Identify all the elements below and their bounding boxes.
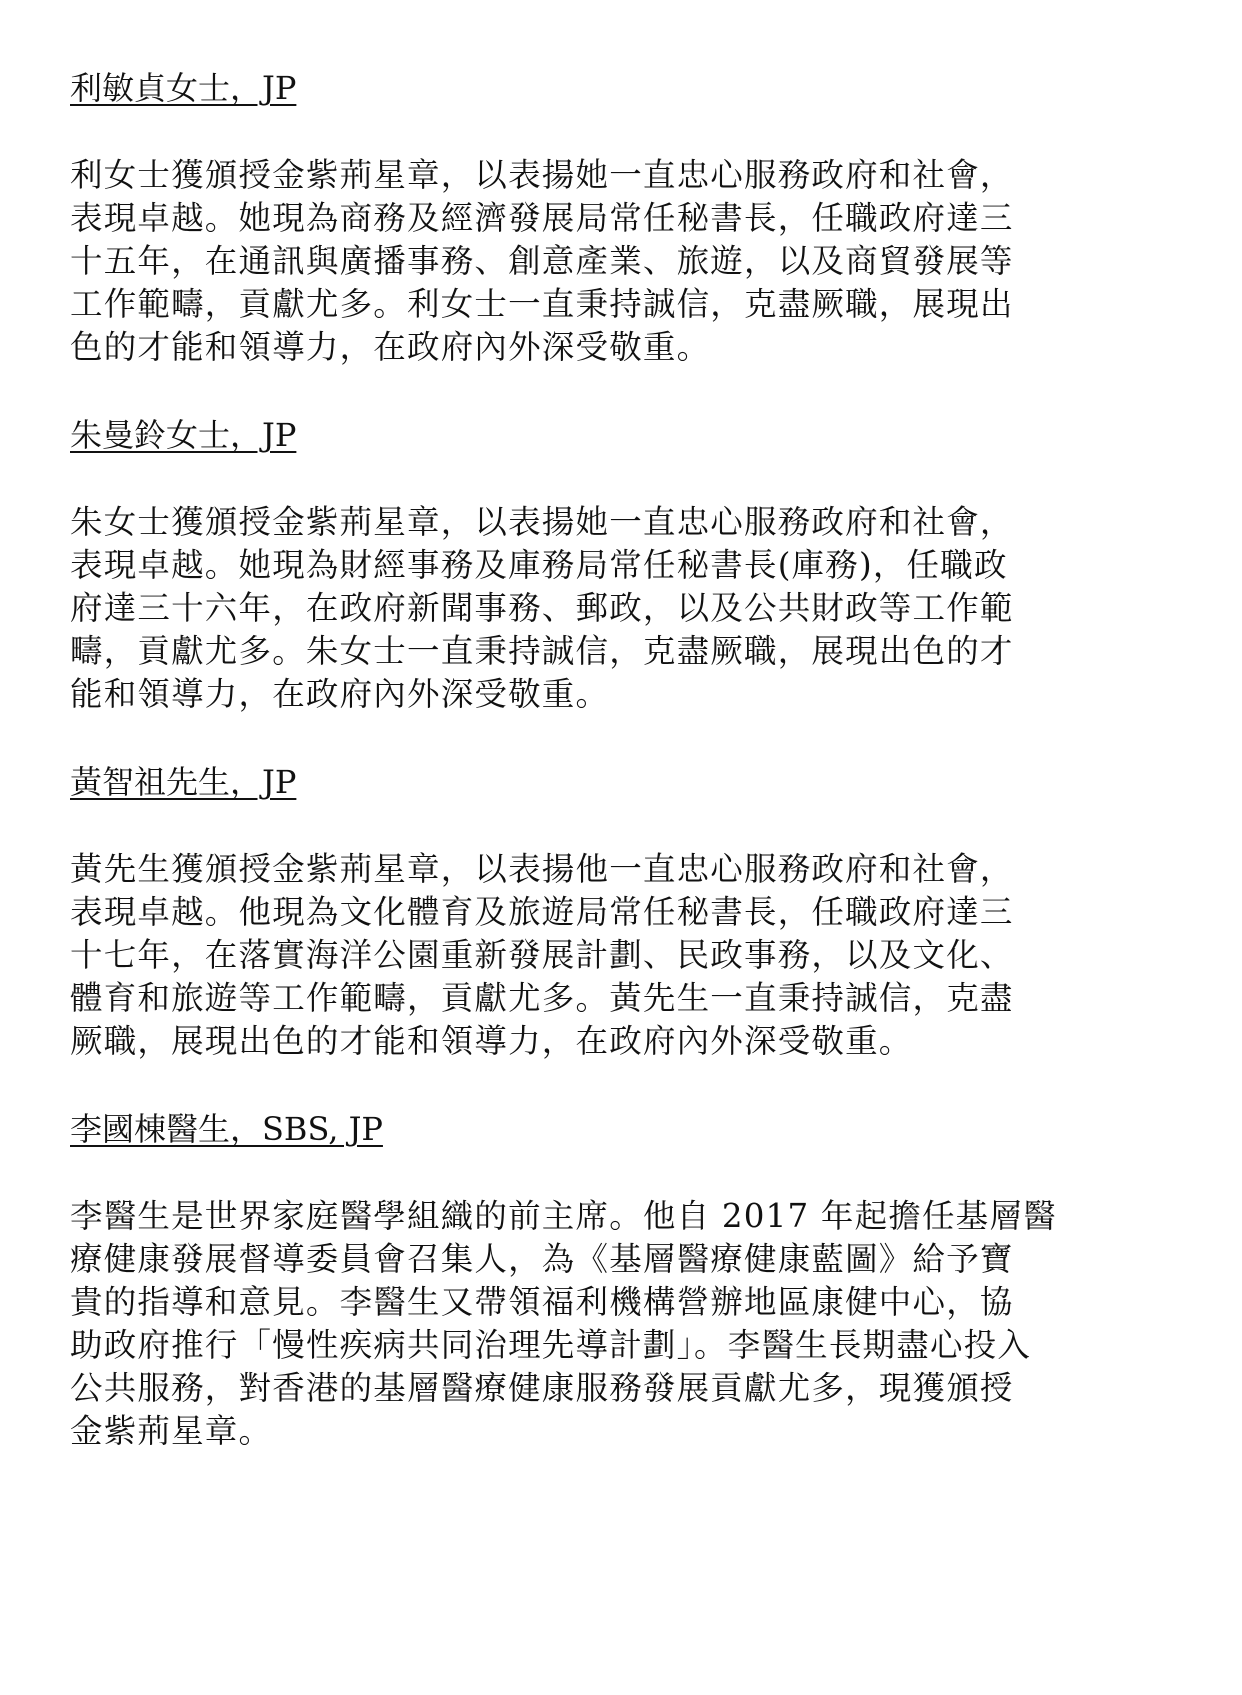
paragraph-line: 療健康發展督導委員會召集人，為《基層醫療健康藍圖》給予寶 [70,1238,1090,1281]
section-lee-man-ching: 利敏貞女士，JP 利女士獲頒授金紫荊星章，以表揚她一直忠心服務政府和社會， 表現… [70,64,1090,369]
section-paragraph: 利女士獲頒授金紫荊星章，以表揚她一直忠心服務政府和社會， 表現卓越。她現為商務及… [70,154,1090,369]
paragraph-line: 表現卓越。她現為財經事務及庫務局常任秘書長(庫務)，任職政 [70,544,1090,587]
paragraph-line: 體育和旅遊等工作範疇，貢獻尤多。黃先生一直秉持誠信，克盡 [70,977,1090,1020]
paragraph-line: 能和領導力，在政府內外深受敬重。 [70,673,1090,716]
paragraph-line: 貴的指導和意見。李醫生又帶領福利機構營辦地區康健中心，協 [70,1281,1090,1324]
section-lee-kwok-tung: 李國棟醫生，SBS, JP 李醫生是世界家庭醫學組織的前主席。他自 2017 年… [70,1105,1090,1453]
paragraph-line: 十七年，在落實海洋公園重新發展計劃、民政事務，以及文化、 [70,934,1090,977]
heading-text: 李國棟醫生，SBS, JP [70,1110,383,1148]
paragraph-line: 疇，貢獻尤多。朱女士一直秉持誠信，克盡厥職，展現出色的才 [70,630,1090,673]
section-paragraph: 李醫生是世界家庭醫學組織的前主席。他自 2017 年起擔任基層醫 療健康發展督導… [70,1195,1090,1453]
section-wong-chi-chung: 黃智祖先生，JP 黃先生獲頒授金紫荊星章，以表揚他一直忠心服務政府和社會， 表現… [70,758,1090,1063]
heading-text: 利敏貞女士，JP [70,69,296,107]
paragraph-line: 工作範疇，貢獻尤多。利女士一直秉持誠信，克盡厥職，展現出 [70,283,1090,326]
section-paragraph: 朱女士獲頒授金紫荊星章，以表揚她一直忠心服務政府和社會， 表現卓越。她現為財經事… [70,501,1090,716]
paragraph-line: 利女士獲頒授金紫荊星章，以表揚她一直忠心服務政府和社會， [70,154,1090,197]
paragraph-line: 李醫生是世界家庭醫學組織的前主席。他自 2017 年起擔任基層醫 [70,1195,1090,1238]
document-page: 利敏貞女士，JP 利女士獲頒授金紫荊星章，以表揚她一直忠心服務政府和社會， 表現… [70,64,1090,1495]
paragraph-line: 金紫荊星章。 [70,1410,1090,1453]
paragraph-line: 表現卓越。她現為商務及經濟發展局常任秘書長，任職政府達三 [70,197,1090,240]
section-chu-man-ling: 朱曼鈴女士，JP 朱女士獲頒授金紫荊星章，以表揚她一直忠心服務政府和社會， 表現… [70,411,1090,716]
paragraph-line: 助政府推行「慢性疾病共同治理先導計劃」。李醫生長期盡心投入 [70,1324,1090,1367]
section-heading: 利敏貞女士，JP [70,64,1090,112]
section-heading: 朱曼鈴女士，JP [70,411,1090,459]
section-heading: 黃智祖先生，JP [70,758,1090,806]
paragraph-line: 朱女士獲頒授金紫荊星章，以表揚她一直忠心服務政府和社會， [70,501,1090,544]
paragraph-line: 色的才能和領導力，在政府內外深受敬重。 [70,326,1090,369]
section-heading: 李國棟醫生，SBS, JP [70,1105,1090,1153]
heading-text: 朱曼鈴女士，JP [70,416,296,454]
heading-text: 黃智祖先生，JP [70,763,296,801]
paragraph-line: 府達三十六年，在政府新聞事務、郵政，以及公共財政等工作範 [70,587,1090,630]
section-paragraph: 黃先生獲頒授金紫荊星章，以表揚他一直忠心服務政府和社會， 表現卓越。他現為文化體… [70,848,1090,1063]
paragraph-line: 公共服務，對香港的基層醫療健康服務發展貢獻尤多，現獲頒授 [70,1367,1090,1410]
paragraph-line: 厥職，展現出色的才能和領導力，在政府內外深受敬重。 [70,1020,1090,1063]
paragraph-line: 黃先生獲頒授金紫荊星章，以表揚他一直忠心服務政府和社會， [70,848,1090,891]
paragraph-line: 表現卓越。他現為文化體育及旅遊局常任秘書長，任職政府達三 [70,891,1090,934]
paragraph-line: 十五年，在通訊與廣播事務、創意產業、旅遊，以及商貿發展等 [70,240,1090,283]
